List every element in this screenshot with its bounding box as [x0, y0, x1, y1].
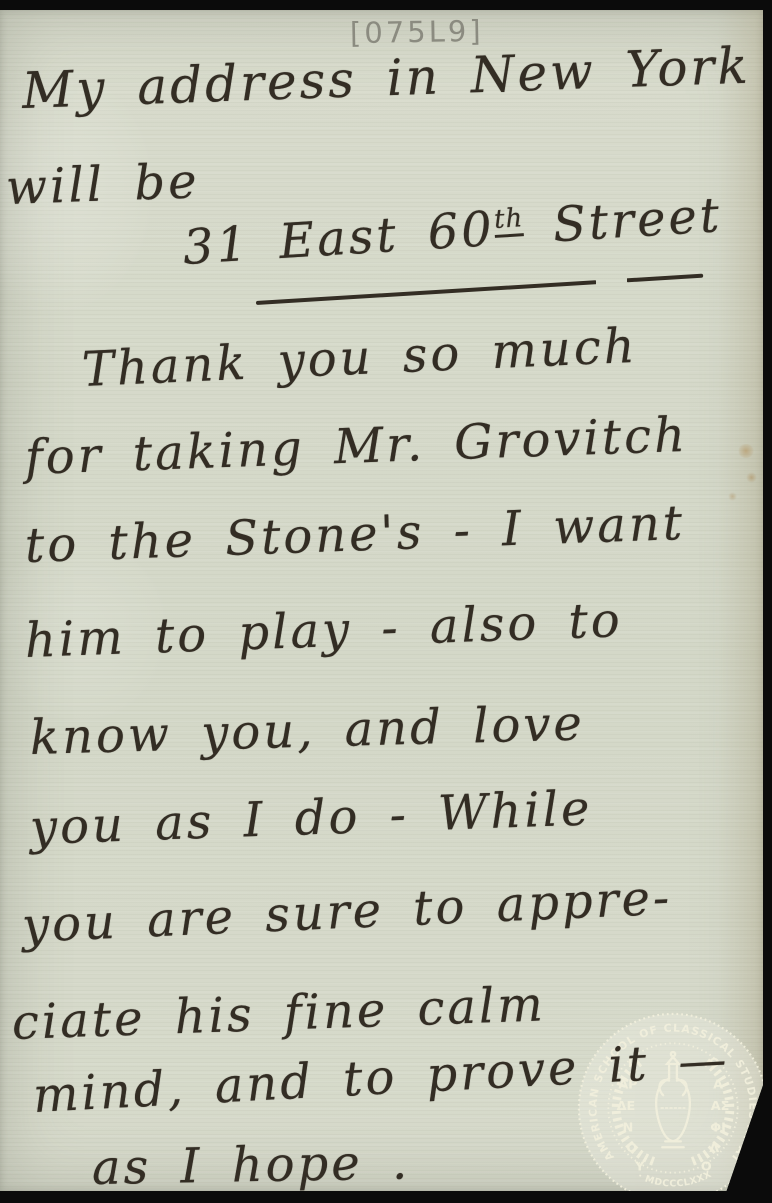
handwriting-line-5: for taking Mr. Grovitch [24, 407, 689, 486]
seal-greek-glyph: Ο [626, 1141, 637, 1156]
scan-background: [075L9] My address in New York - will be… [0, 0, 772, 1203]
seal-greek-glyph: ΦΙ [710, 1121, 726, 1136]
handwriting-line-3-address: 31 East 60th Street [181, 187, 723, 276]
handwriting-line-11: ciate his fine calm [11, 976, 547, 1051]
seal-greek-glyph: Ο [701, 1160, 712, 1175]
seal-greek-glyph: Ν [623, 1121, 634, 1136]
handwriting-line-4: Thank you so much [81, 318, 639, 398]
archival-pencil-annotation: [075L9] [350, 14, 484, 50]
address-underline-stroke [256, 274, 703, 305]
handwriting-line-10: you are sure to appre- [21, 870, 673, 954]
foxing-stain [738, 444, 754, 458]
address-number-street: 31 East 60 [181, 201, 496, 276]
seal-greek-glyph: ΔΕ [617, 1099, 636, 1114]
handwriting-line-7: him to play - also to [24, 592, 624, 669]
seal-greek-glyph: ΑΣ [711, 1099, 730, 1114]
address-street-word: Street [522, 187, 724, 255]
address-ordinal-suffix: th [493, 203, 524, 238]
seal-greek-glyph: Υ [634, 1160, 645, 1175]
handwriting-line-6: to the Stone's - I want [24, 495, 686, 574]
foxing-stain [746, 472, 757, 483]
foxing-stain [728, 492, 737, 501]
letter-paper: [075L9] My address in New York - will be… [0, 10, 763, 1191]
handwriting-line-2: will be [5, 153, 200, 216]
handwriting-line-13: as I hope . [92, 1134, 411, 1196]
handwriting-line-9: you as I do - While [29, 780, 593, 856]
handwriting-line-8: know you, and love [29, 695, 585, 766]
seal-greek-glyph: Λ [709, 1141, 719, 1156]
